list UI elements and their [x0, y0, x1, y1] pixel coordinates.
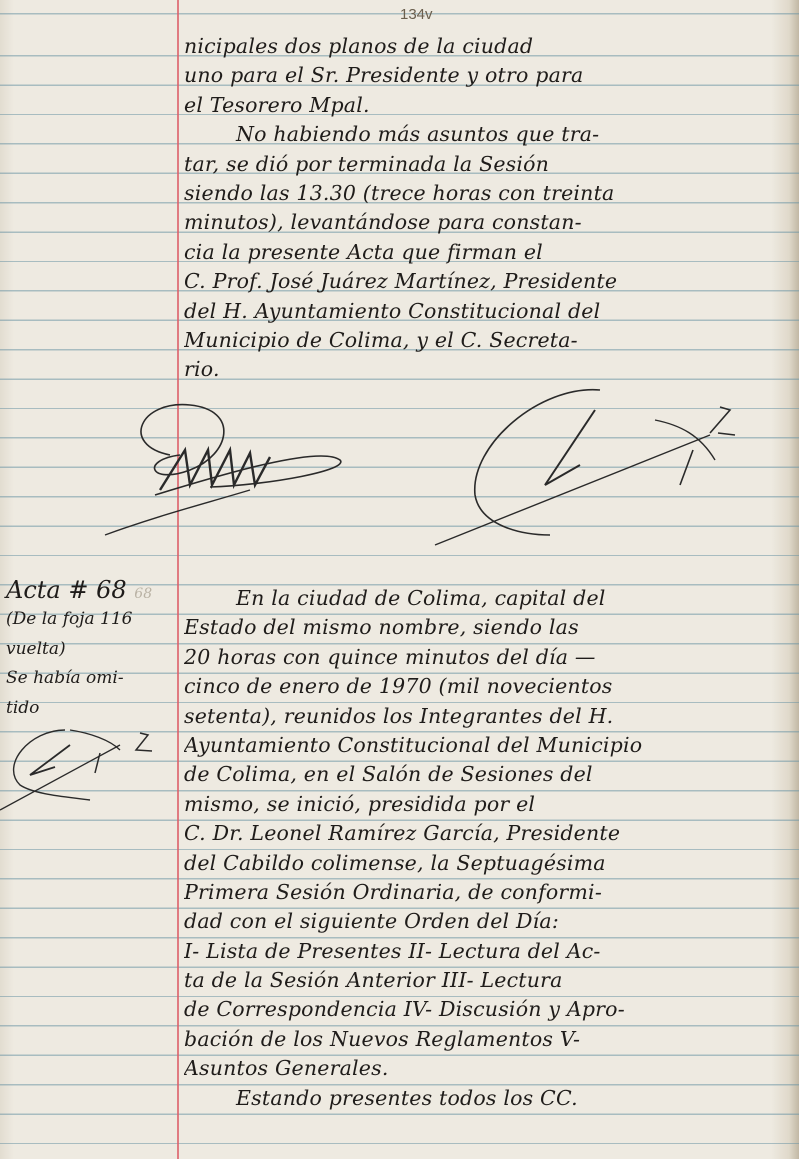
text-line: siendo las 13.30 (trece horas con treint… [184, 179, 790, 208]
text-line: bación de los Nuevos Reglamentos V- [184, 1025, 790, 1054]
previous-minutes-closing: nicipales dos planos de la ciudad uno pa… [184, 32, 790, 385]
margin-note-title: Acta # 68 [6, 576, 127, 604]
margin-note-line: vuelta) [6, 635, 176, 664]
signature-left [100, 395, 360, 549]
text-line: del Cabildo colimense, la Septuagésima [184, 849, 790, 878]
text-line: Ayuntamiento Constitucional del Municipi… [184, 731, 790, 760]
margin-note-line: (De la foja 116 [6, 605, 176, 634]
text-line: C. Dr. Leonel Ramírez García, Presidente [184, 819, 790, 848]
signature-margin [0, 725, 170, 824]
text-line: Municipio de Colima, y el C. Secreta- [184, 326, 790, 355]
text-line: Primera Sesión Ordinaria, de conformi- [184, 878, 790, 907]
folio-number: 134v [400, 6, 433, 23]
text-line: rio. [184, 355, 790, 384]
margin-note-line: tido [6, 694, 176, 723]
text-line: No habiendo más asuntos que tra- [184, 120, 790, 149]
text-line: ta de la Sesión Anterior III- Lectura [184, 966, 790, 995]
text-line: cinco de enero de 1970 (mil novecientos [184, 672, 790, 701]
acta-68-body: En la ciudad de Colima, capital del Esta… [184, 584, 790, 1113]
text-line: Estando presentes todos los CC. [184, 1084, 790, 1113]
text-line: minutos), levantándose para constan- [184, 208, 790, 237]
text-line: 20 horas con quince minutos del día — [184, 643, 790, 672]
margin-note-line: Se había omi- [6, 664, 176, 693]
ledger-page: 134v nicipales dos planos de la ciudad u… [0, 0, 799, 1159]
text-line: del H. Ayuntamiento Constitucional del [184, 297, 790, 326]
text-line: tar, se dió por terminada la Sesión [184, 150, 790, 179]
margin-note-faded-mark: 68 [134, 586, 152, 602]
text-line: setenta), reunidos los Integrantes del H… [184, 702, 790, 731]
text-line: uno para el Sr. Presidente y otro para [184, 61, 790, 90]
text-line: En la ciudad de Colima, capital del [184, 584, 790, 613]
signature-right [430, 385, 770, 559]
text-line: el Tesorero Mpal. [184, 91, 790, 120]
text-line: Asuntos Generales. [184, 1054, 790, 1083]
text-line: mismo, se inició, presidida por el [184, 790, 790, 819]
text-line: de Colima, en el Salón de Sesiones del [184, 760, 790, 789]
margin-rule [177, 0, 179, 1159]
text-line: nicipales dos planos de la ciudad [184, 32, 790, 61]
text-line: C. Prof. José Juárez Martínez, President… [184, 267, 790, 296]
text-line: cia la presente Acta que firman el [184, 238, 790, 267]
text-line: Estado del mismo nombre, siendo las [184, 613, 790, 642]
text-line: dad con el siguiente Orden del Día: [184, 907, 790, 936]
text-line: de Correspondencia IV- Discusión y Apro- [184, 995, 790, 1024]
text-line: I- Lista de Presentes II- Lectura del Ac… [184, 937, 790, 966]
margin-note: Acta # 68 68 (De la foja 116 vuelta) Se … [6, 576, 176, 723]
